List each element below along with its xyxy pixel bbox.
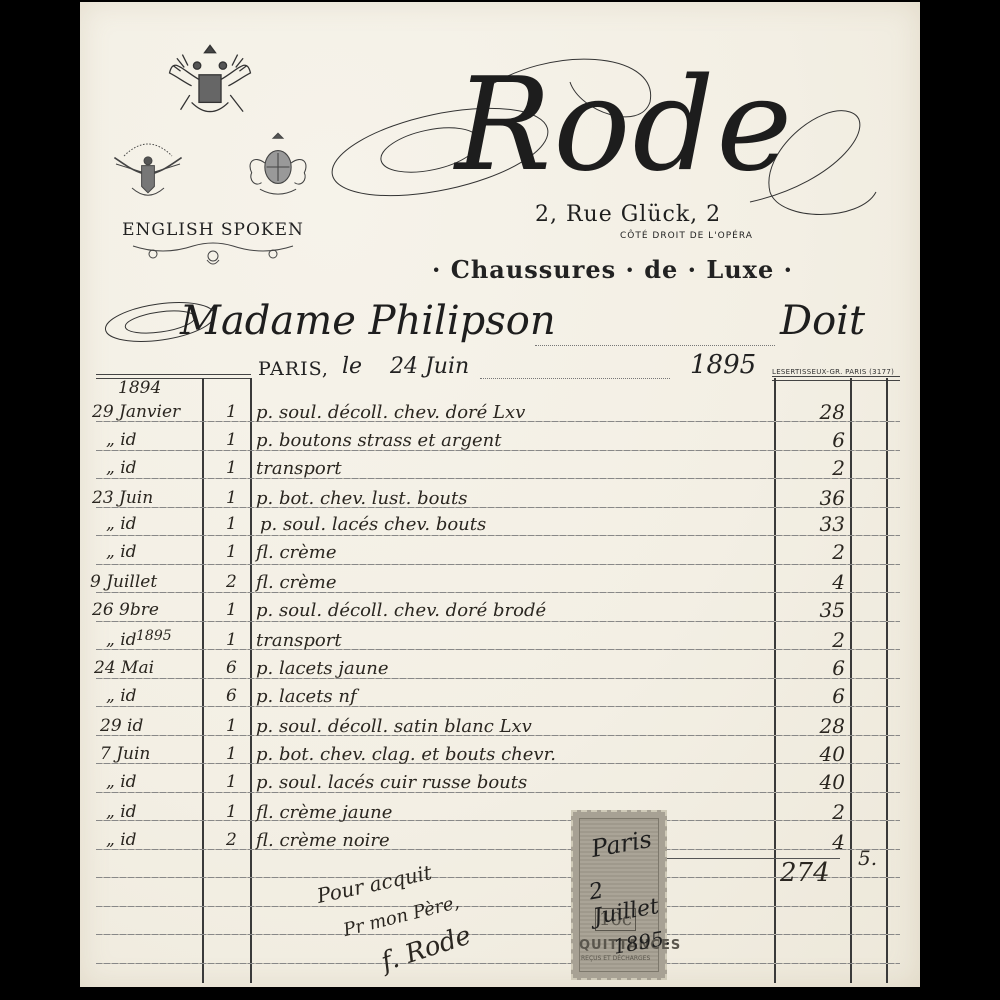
receipt-pour-acquit: Pour acquit xyxy=(315,860,434,908)
date-dotted-line xyxy=(480,378,670,379)
row-qty: 1 xyxy=(226,542,237,562)
date-year: 1895 xyxy=(690,350,756,380)
place-label: PARIS, xyxy=(258,358,329,380)
row-date: 29 id xyxy=(100,716,143,736)
row-date: „ id xyxy=(106,542,137,562)
row-date: „ id xyxy=(106,686,137,706)
column-divider-amount xyxy=(850,378,852,983)
shop-address: 2, Rue Glück, 2 xyxy=(535,202,721,227)
row-date: „ id xyxy=(106,830,137,850)
row-qty: 2 xyxy=(226,830,237,850)
row-amount: 6 xyxy=(775,684,845,708)
row-date: „ id xyxy=(106,630,137,650)
row-desc: fl. crème xyxy=(256,542,337,563)
row-amount: 40 xyxy=(775,742,845,766)
ruled-line xyxy=(96,934,900,935)
row-qty: 1 xyxy=(226,600,237,620)
row-date: 24 Mai xyxy=(94,658,154,678)
row-desc: p. soul. décoll. chev. doré Lxv xyxy=(256,402,525,423)
row-amount: 2 xyxy=(775,456,845,480)
total-cents: 5. xyxy=(858,846,877,870)
row-date: 23 Juin xyxy=(92,488,153,508)
row-desc: transport xyxy=(256,458,342,479)
row-desc: fl. crème noire xyxy=(256,830,390,851)
row-qty: 1 xyxy=(226,716,237,736)
customer-name: Madame Philipson xyxy=(180,298,556,344)
row-date: 7 Juin xyxy=(100,744,150,764)
row-date: 9 Juillet xyxy=(90,572,157,592)
row-amount: 35 xyxy=(775,598,845,622)
row-desc: fl. crème jaune xyxy=(256,802,392,823)
brand-name: Rode xyxy=(455,62,794,190)
row-desc: p. soul. décoll. chev. doré brodé xyxy=(256,600,546,621)
row-desc: p. lacets nf xyxy=(256,686,357,707)
year-1895: 1895 xyxy=(136,628,172,644)
year-1894: 1894 xyxy=(118,378,161,398)
customer-dotted-line xyxy=(535,345,775,346)
row-desc: p. lacets jaune xyxy=(256,658,389,679)
row-amount: 36 xyxy=(775,486,845,510)
row-desc: p. bot. chev. clag. et bouts chevr. xyxy=(256,744,556,765)
row-desc: transport xyxy=(256,630,342,651)
english-spoken-banner: English Spoken xyxy=(118,220,308,266)
row-amount: 2 xyxy=(775,800,845,824)
row-amount: 6 xyxy=(775,656,845,680)
printer-mark: LESERTISSEUX-GR. PARIS (3177) xyxy=(772,368,894,376)
shop-tagline: · Chaussures · de · Luxe · xyxy=(432,255,793,284)
double-headed-eagle-crest-icon xyxy=(162,38,258,130)
date-le: le xyxy=(342,354,362,379)
row-desc: p. soul. lacés chev. bouts xyxy=(260,514,486,535)
date-day-month: 24 Juin xyxy=(390,354,469,379)
row-qty: 1 xyxy=(226,458,237,478)
row-qty: 2 xyxy=(226,572,237,592)
american-eagle-crest-icon xyxy=(106,132,190,204)
row-qty: 6 xyxy=(226,686,237,706)
row-amount: 33 xyxy=(775,512,845,536)
ruled-line xyxy=(96,906,900,907)
row-desc: p. soul. lacés cuir russe bouts xyxy=(256,772,527,793)
row-amount: 40 xyxy=(775,770,845,794)
row-desc: p. soul. décoll. satin blanc Lxv xyxy=(256,716,532,737)
row-qty: 6 xyxy=(226,658,237,678)
row-amount: 2 xyxy=(775,540,845,564)
row-qty: 1 xyxy=(226,630,237,650)
total-amount: 274 xyxy=(780,858,830,888)
column-divider-cents xyxy=(886,378,888,983)
row-amount: 28 xyxy=(775,400,845,424)
row-qty: 1 xyxy=(226,802,237,822)
ledger-top-rule-right xyxy=(772,376,900,381)
row-amount: 2 xyxy=(775,628,845,652)
row-amount: 4 xyxy=(775,570,845,594)
flourish-ornament-icon xyxy=(123,240,303,266)
column-divider-qty xyxy=(250,378,252,983)
row-amount: 6 xyxy=(775,428,845,452)
address-subtitle: CÔTÉ DROIT DE L'OPÉRA xyxy=(620,231,753,241)
row-date: „ id xyxy=(106,430,137,450)
row-qty: 1 xyxy=(226,514,237,534)
row-qty: 1 xyxy=(226,744,237,764)
row-date: 26 9bre xyxy=(92,600,159,620)
row-date: 29 Janvier xyxy=(92,402,180,422)
row-amount: 4 xyxy=(775,830,845,854)
invoice-page: English Spoken Rode 2, Rue Glück, 2 CÔTÉ… xyxy=(80,2,920,987)
row-qty: 1 xyxy=(226,430,237,450)
row-desc: fl. crème xyxy=(256,572,337,593)
english-spoken-text: English Spoken xyxy=(122,220,304,240)
row-qty: 1 xyxy=(226,488,237,508)
row-date: „ id xyxy=(106,458,137,478)
row-date: „ id xyxy=(106,514,137,534)
ruled-line xyxy=(96,963,900,964)
doit-label: Doit xyxy=(780,298,865,344)
row-qty: 1 xyxy=(226,402,237,422)
row-desc: p. boutons strass et argent xyxy=(256,430,502,451)
royal-arms-crest-icon xyxy=(236,130,320,204)
row-amount: 28 xyxy=(775,714,845,738)
row-desc: p. bot. chev. lust. bouts xyxy=(256,488,468,509)
revenue-stamp: 10c QUITTANCES REÇUS ET DÉCHARGES Paris … xyxy=(571,810,667,980)
row-date: „ id xyxy=(106,772,137,792)
row-qty: 1 xyxy=(226,772,237,792)
row-date: „ id xyxy=(106,802,137,822)
column-divider-date xyxy=(202,378,204,983)
